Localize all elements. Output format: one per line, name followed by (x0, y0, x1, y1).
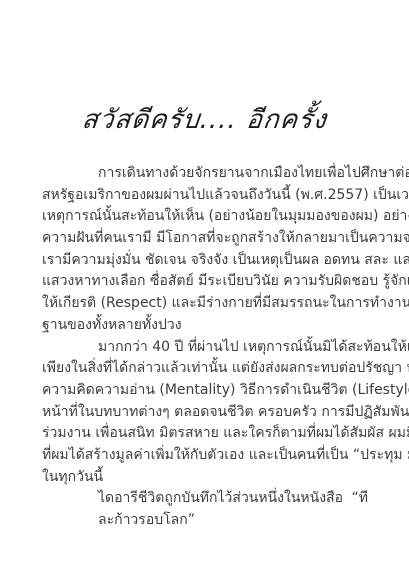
body-text-block: การเดินทางด้วยจักรยานจากเมืองไทยเพื่อไปศ… (42, 163, 368, 510)
text-line: ความคิดความอ่าน (Mentality) วิธีการดำเนิ… (42, 380, 368, 402)
paragraph: ไดอารีชีวิตถูกบันทึกไว้ส่วนหนึ่งในหนังสื… (42, 488, 368, 510)
text-line: ในทุกวันนี้ (42, 467, 368, 489)
text-line: แสวงหาทางเลือก ซื่อสัตย์ มีระเบียบวินัย … (42, 271, 368, 293)
text-line: ฐานของทั้งหลายทั้งปวง (42, 315, 368, 337)
text-line: ความฝันที่คนเรามี มีโอกาสที่จะถูกสร้างให… (42, 228, 368, 250)
text-line: หน้าที่ในบทบาทต่างๆ ตลอดจนชีวิต ครอบครัว… (42, 402, 368, 424)
text-line: เพียงในสิ่งที่ได้กล่าวแล้วเท่านั้น แต่ยั… (42, 358, 368, 380)
paragraph: การเดินทางด้วยจักรยานจากเมืองไทยเพื่อไปศ… (42, 163, 368, 337)
page-title-handwritten: สวัสดีครับ.... อีกครั้ง (0, 100, 409, 140)
text-line: ร่วมงาน เพื่อนสนิท มิตรสหาย และใครก็ตามท… (42, 423, 368, 445)
text-line: การเดินทางด้วยจักรยานจากเมืองไทยเพื่อไปศ… (42, 163, 368, 185)
text-line: เหตุการณ์นั้นสะท้อนให้เห็น (อย่างน้อยในม… (42, 206, 368, 228)
paragraph: มากกว่า 40 ปี ที่ผ่านไป เหตุการณ์นั้นมิไ… (42, 337, 368, 489)
text-line: สหรัฐอเมริกาของผมผ่านไปแล้วจนถึงวันนี้ (… (42, 185, 368, 207)
text-line: ให้เกียรติ (Respect) และมีร่างกายที่มีสม… (42, 293, 368, 315)
document-page: สวัสดีครับ.... อีกครั้ง การเดินทางด้วยจั… (0, 0, 409, 579)
text-line: มากกว่า 40 ปี ที่ผ่านไป เหตุการณ์นั้นมิไ… (42, 337, 368, 359)
text-line: ไดอารีชีวิตถูกบันทึกไว้ส่วนหนึ่งในหนังสื… (42, 488, 368, 510)
text-line: ที่ผมได้สร้างมูลค่าเพิ่มให้กับตัวเอง และ… (42, 445, 368, 467)
text-line: เรามีความมุ่งมั่น ชัดเจน จริงจัง เป็นเหต… (42, 250, 368, 272)
